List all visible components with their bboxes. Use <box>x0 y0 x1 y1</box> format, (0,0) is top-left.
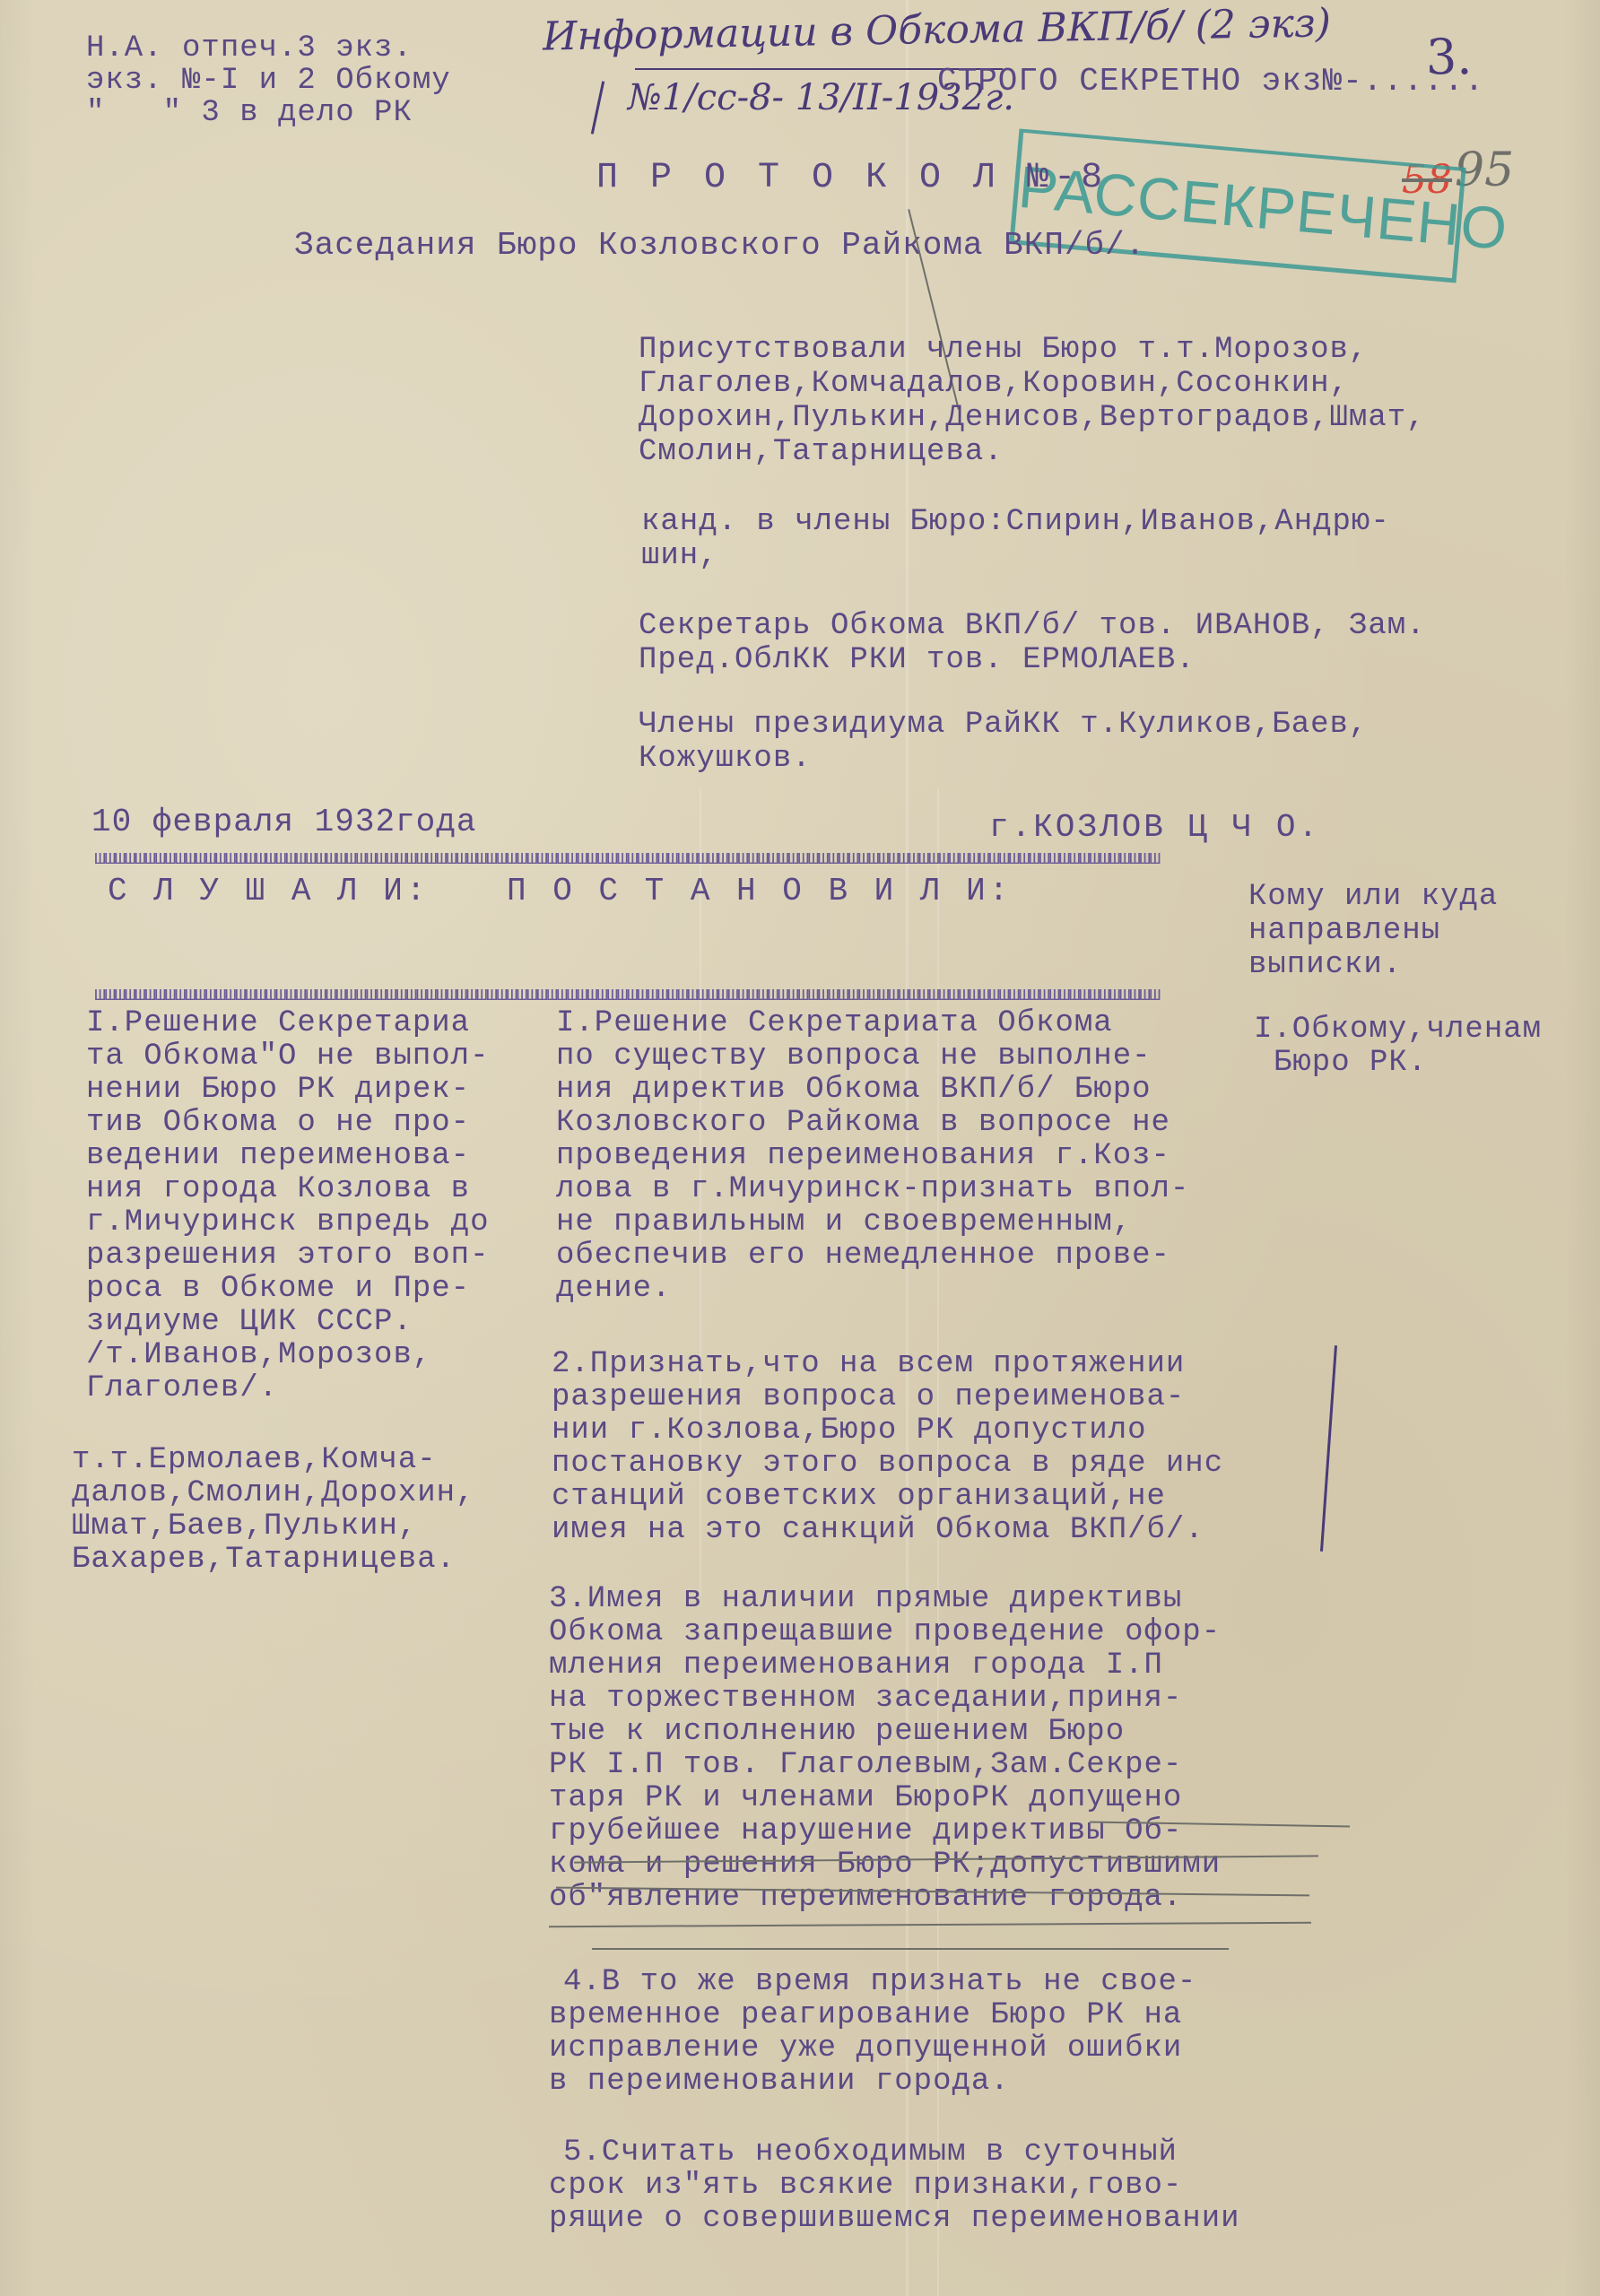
resolution-line: ния директив Обкома ВКП/б/ Бюро <box>556 1074 1152 1107</box>
attendance-members: Дорохин,Пулькин,Денисов,Вертоградов,Шмат… <box>639 402 1426 435</box>
resolution-line: 4.В то же время признать не свое- <box>563 1966 1196 1999</box>
heard-line: разрешения этого воп- <box>86 1239 489 1273</box>
heard-line: /т.Иванов,Морозов, <box>86 1339 431 1372</box>
resolution-line: исправление уже допущенной ошибки <box>549 2032 1182 2066</box>
distribution-line: Н.А. отпеч.3 экз. <box>86 32 413 65</box>
heard-line: нении Бюро РК дирек- <box>86 1074 470 1107</box>
heard-line: та Обкома"О не выпол- <box>86 1040 489 1074</box>
heard-line: Глаголев/. <box>86 1372 278 1405</box>
attendance-members: Присутствовали члены Бюро т.т.Морозов, <box>639 334 1368 367</box>
attendance-candidates: шин, <box>641 540 718 573</box>
resolution-line: I.Решение Секретариата Обкома <box>556 1007 1113 1040</box>
meeting-place: г.КОЗЛОВ Ц Ч О. <box>989 811 1320 844</box>
heard-line: ведении переименова- <box>86 1140 470 1173</box>
heard-line: тив Обкома о не про- <box>86 1107 470 1140</box>
resolution-line: имея на это санкций Обкома ВКП/б/. <box>552 1514 1204 1547</box>
resolution-line: кома и решения Бюро РК;допустившими <box>549 1848 1221 1882</box>
typed-rule: шшшшшшшшшшшшшшшшшшшшшшшшшшшшшшшшшшшшшшшш… <box>94 984 1568 1000</box>
resolution-line: лова в г.Мичуринск-признать впол- <box>556 1173 1189 1206</box>
heard-line: ния города Козлова в <box>86 1173 470 1206</box>
meeting-subtitle: Заседания Бюро Козловского Райкома ВКП/б… <box>294 229 1145 262</box>
attendance-members: Смолин,Татарницева. <box>639 436 1004 469</box>
copy-number: 3. <box>1426 29 1473 85</box>
resolution-line: 3.Имея в наличии прямые директивы <box>549 1583 1182 1616</box>
pencil-underline <box>549 1922 1311 1927</box>
resolution-line: проведения переименования г.Коз- <box>556 1140 1170 1173</box>
attendance-presidium: Члены президиума РайКК т.Куликов,Баев, <box>639 709 1368 742</box>
heard-line: далов,Смолин,Дорохин, <box>72 1477 474 1510</box>
resolution-line: 5.Считать необходимым в суточный <box>563 2136 1178 2170</box>
classification-label: СТРОГО СЕКРЕТНО экз№-...... <box>937 65 1484 98</box>
resolution-line: не правильным и своевременным, <box>556 1206 1132 1239</box>
resolution-line: грубейшее нарушение директивы Об- <box>549 1815 1182 1848</box>
resolution-line: Обкома запрещавшие проведение офор- <box>549 1616 1221 1649</box>
resolution-line: тые к исполнению решением Бюро <box>549 1716 1125 1749</box>
attendance-presidium: Кожушков. <box>639 743 812 776</box>
column-header-sent-to-line: Кому или куда <box>1248 881 1498 914</box>
heard-line: Шмат,Баев,Пулькин, <box>72 1510 417 1544</box>
heard-line: г.Мичуринск впредь до <box>86 1206 489 1239</box>
handwritten-stroke <box>591 81 604 134</box>
protocol-heading: П Р О Т О К О Л №-8 <box>596 161 1108 195</box>
resolution-line: в переименовании города. <box>549 2066 1010 2099</box>
heard-line: зидиуме ЦИК СССР. <box>86 1306 413 1339</box>
column-header-sent-to-line: направлены <box>1248 915 1440 948</box>
attendance-candidates: канд. в члены Бюро:Спирин,Иванов,Андрю- <box>641 506 1390 539</box>
resolution-line: по существу вопроса не выполне- <box>556 1040 1152 1074</box>
heard-line: Бахарев,Татарницева. <box>72 1544 456 1577</box>
resolution-line: мления переименования города I.П <box>549 1649 1163 1683</box>
handwritten-note: Информации в Обкома ВКП/б/ (2 экз) <box>543 0 1332 59</box>
resolution-line: временное реагирование Бюро РК на <box>549 1999 1182 2032</box>
distribution-line: экз. №-I и 2 Обкому <box>86 65 451 98</box>
resolution-line: РК I.П тов. Глаголевым,Зам.Секре- <box>549 1749 1182 1782</box>
heard-line: I.Решение Секретариа <box>86 1007 470 1040</box>
resolution-line: станций советских организаций,не <box>552 1481 1166 1514</box>
attendance-guests: Пред.ОблКК РКИ тов. ЕРМОЛАЕВ. <box>639 644 1196 677</box>
resolution-line: срок из"ять всякие признаки,гово- <box>549 2170 1182 2203</box>
resolution-line: 2.Признать,что на всем протяжении <box>552 1348 1185 1381</box>
heard-line: роса в Обкоме и Пре- <box>86 1273 470 1306</box>
distribution-line: " " 3 в дело РК <box>86 97 413 130</box>
column-header-sent-to-line: выписки. <box>1248 949 1402 982</box>
sent-to-line: I.Обкому,членам <box>1254 1013 1542 1047</box>
column-header-resolved: П О С Т А Н О В И Л И: <box>507 874 1012 908</box>
margin-pencil-mark <box>1320 1345 1337 1552</box>
resolution-line: обеспечив его немедленное прове- <box>556 1239 1170 1273</box>
resolution-line: постановку этого вопроса в ряде инс <box>552 1448 1223 1481</box>
resolution-line: об"явление переименование города. <box>549 1882 1182 1915</box>
resolution-line: рящие о совершившемся переименовании <box>549 2203 1240 2236</box>
column-header-heard: С Л У Ш А Л И: <box>108 874 429 908</box>
resolution-line: дение. <box>556 1273 671 1306</box>
typed-rule: шшшшшшшшшшшшшшшшшшшшшшшшшшшшшшшшшшшшшшшш… <box>94 848 1568 864</box>
resolution-line: нии г.Козлова,Бюро РК допустило <box>552 1414 1147 1448</box>
pencil-underline <box>592 1948 1229 1950</box>
sent-to-line: Бюро РК. <box>1274 1047 1427 1080</box>
resolution-line: Козловского Райкома в вопросе не <box>556 1107 1170 1140</box>
attendance-guests: Секретарь Обкома ВКП/б/ тов. ИВАНОВ, Зам… <box>639 610 1426 643</box>
heard-line: т.т.Ермолаев,Комча- <box>72 1444 437 1477</box>
meeting-date: 10 февраля 1932года <box>91 805 476 839</box>
attendance-members: Глаголев,Комчадалов,Коровин,Сосонкин, <box>639 368 1349 401</box>
resolution-line: разрешения вопроса о переименова- <box>552 1381 1185 1414</box>
resolution-line: на торжественном заседании,приня- <box>549 1683 1182 1716</box>
resolution-line: таря РК и членами БюроРК допущено <box>549 1782 1182 1815</box>
